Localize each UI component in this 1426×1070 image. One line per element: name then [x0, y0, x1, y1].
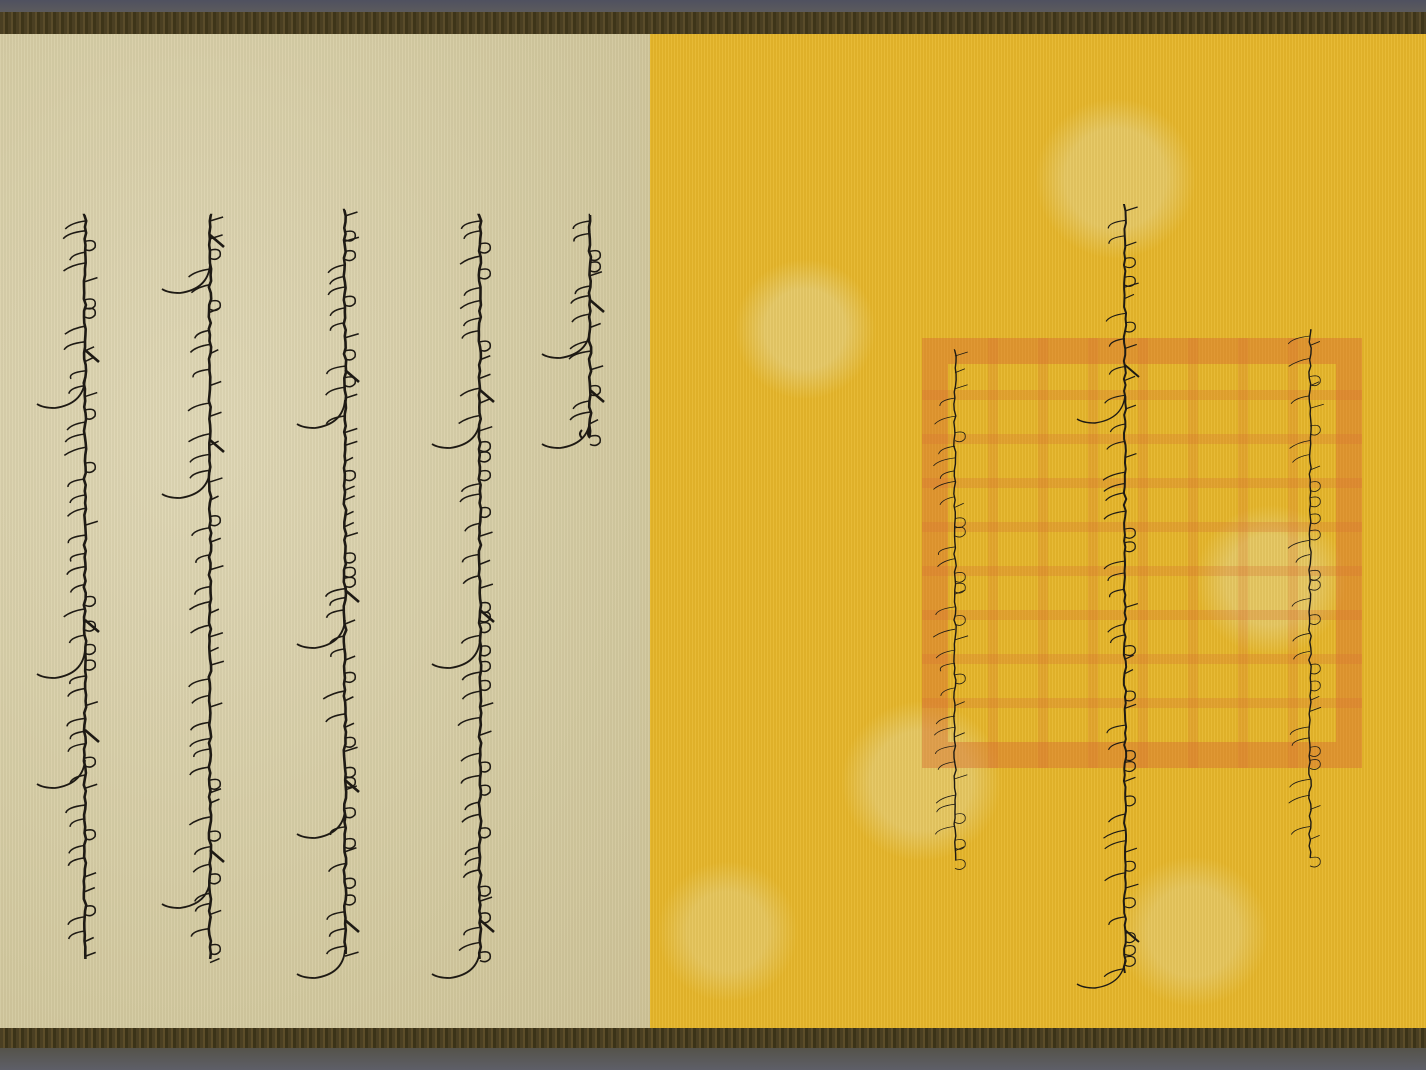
text-column [1288, 330, 1324, 867]
script-columns [0, 0, 1426, 1070]
text-column [542, 215, 604, 448]
text-column [432, 215, 494, 978]
text-column [37, 215, 99, 959]
text-column [933, 350, 968, 869]
text-column [162, 215, 224, 963]
text-column [297, 210, 359, 978]
text-column [1077, 205, 1139, 988]
